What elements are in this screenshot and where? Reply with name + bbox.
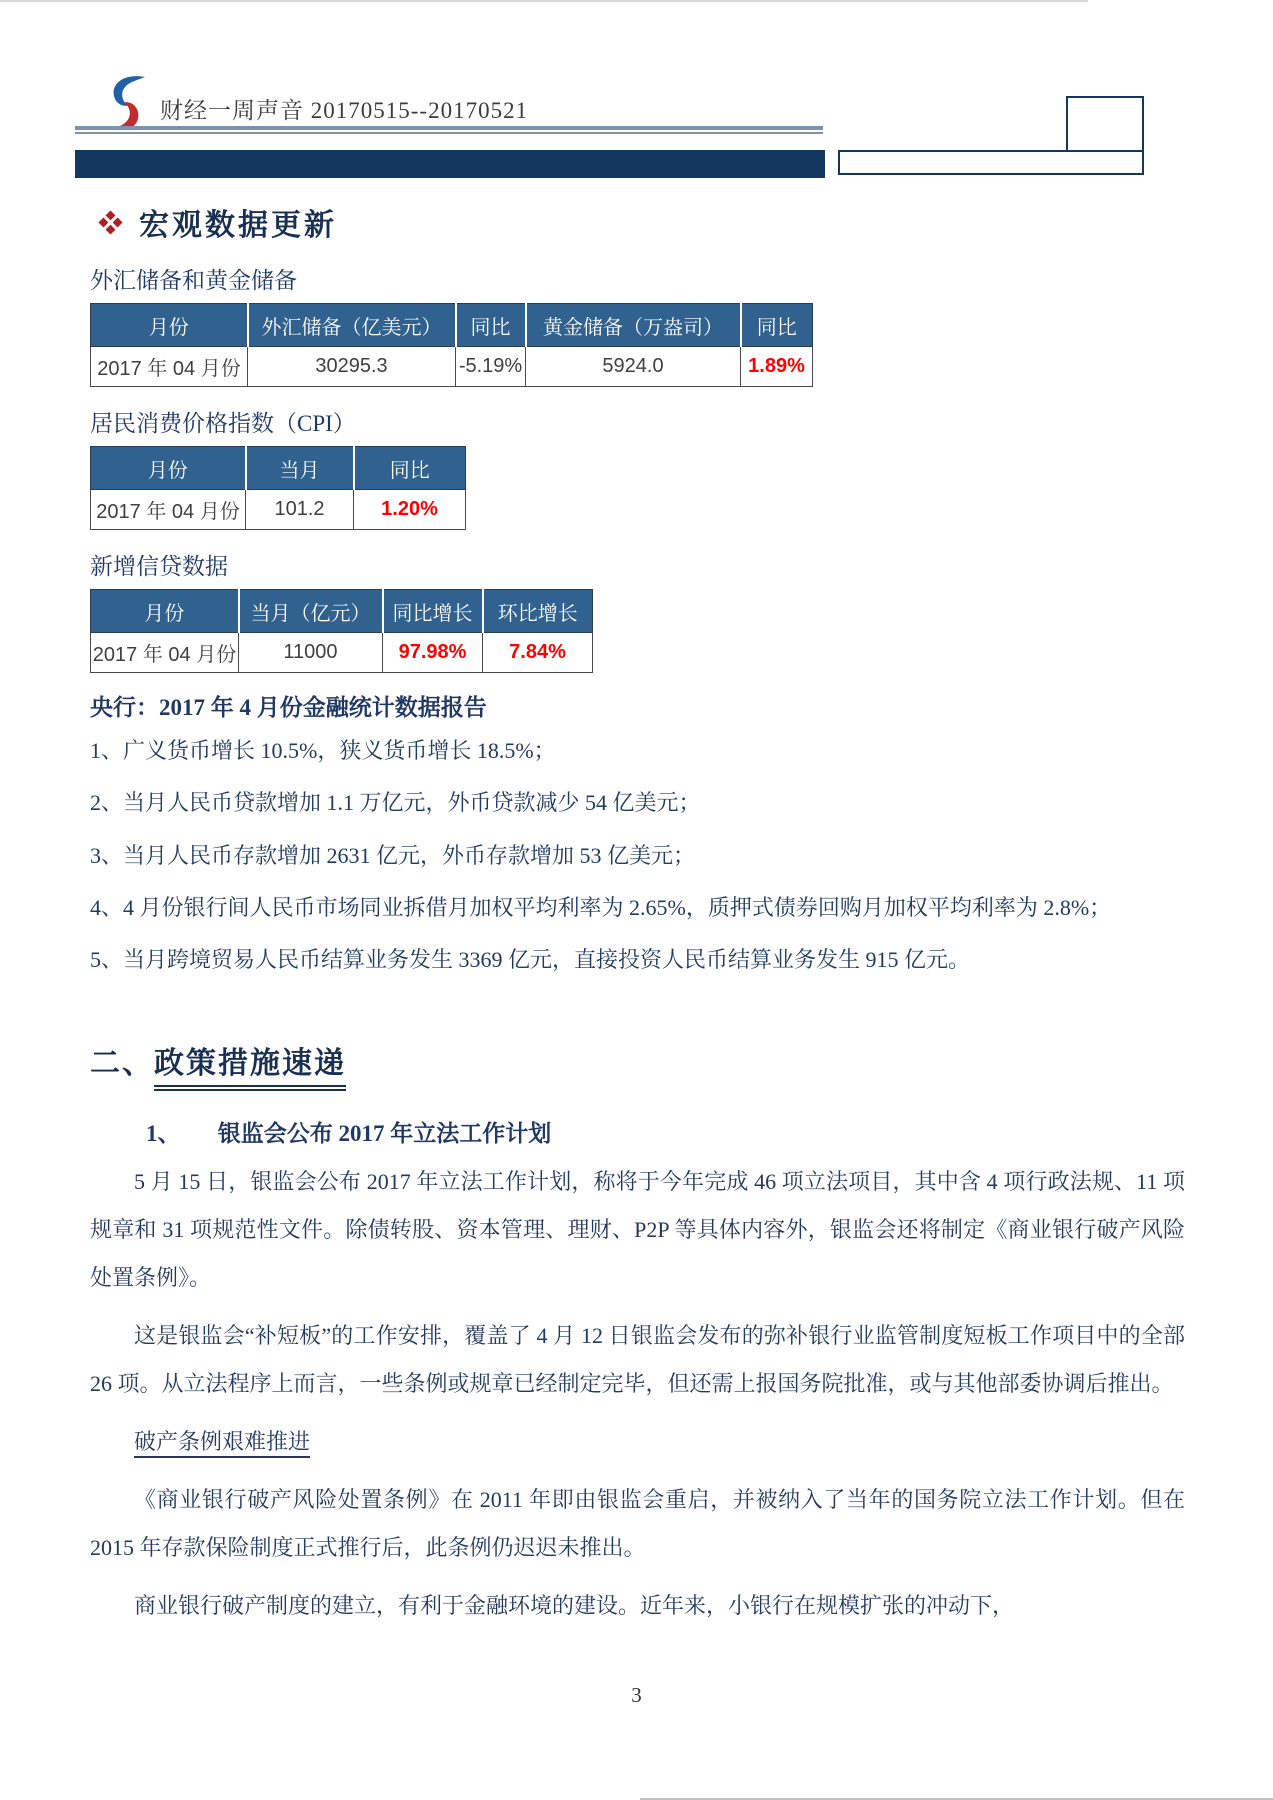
header-navy-bar [75, 150, 825, 178]
policy-paragraph-4: 商业银行破产制度的建立，有利于金融环境的建设。近年来，小银行在规模扩张的冲动下， [90, 1582, 1185, 1630]
column-header-yoy-growth: 同比增长 [383, 590, 483, 633]
credit-table-row: 2017 年 04 月份 11000 97.98% 7.84% [91, 633, 593, 673]
fx-gold-table-row: 2017 年 04 月份 30295.3 -5.19% 5924.0 1.89% [91, 347, 813, 387]
policy-paragraph-2: 这是银监会“补短板”的工作安排，覆盖了 4 月 12 日银监会发布的弥补银行业监… [90, 1312, 1185, 1408]
credit-table-header-row: 月份 当月（亿元） 同比增长 环比增长 [91, 590, 593, 633]
policy-subhead-text: 破产条例艰难推进 [134, 1429, 310, 1458]
column-header-fx-reserve: 外汇储备（亿美元） [248, 304, 456, 347]
cpi-table-caption: 居民消费价格指数（CPI） [90, 405, 1185, 438]
fx-gold-table: 月份 外汇储备（亿美元） 同比 黄金储备（万盎司） 同比 2017 年 04 月… [90, 303, 813, 387]
pboc-report-title: 央行：2017 年 4 月份金融统计数据报告 [90, 689, 1185, 722]
header-double-rule [75, 126, 823, 134]
report-item-1: 1、广义货币增长 10.5%，狭义货币增长 18.5%； [90, 727, 1185, 774]
document-page: 财经一周声音 20170515--20170521 宏观数据更新 外汇储备和黄金… [0, 0, 1273, 1800]
cell-cpi-yoy: 1.20% [354, 490, 466, 530]
section-macro-heading: 宏观数据更新 [102, 200, 1185, 244]
column-header-mom-growth: 环比增长 [483, 590, 593, 633]
policy-item1-heading: 1、 银监会公布 2017 年立法工作计划 [146, 1115, 1185, 1148]
policy-subhead: 破产条例艰难推进 [90, 1418, 1185, 1466]
decorative-outline-box-wide [838, 150, 1144, 175]
report-item-5: 5、当月跨境贸易人民币结算业务发生 3369 亿元，直接投资人民币结算业务发生 … [90, 936, 1185, 983]
cell-month: 2017 年 04 月份 [91, 633, 239, 673]
column-header-current-month: 当月 [246, 447, 354, 490]
column-header-yoy2: 同比 [741, 304, 813, 347]
column-header-yoy: 同比 [354, 447, 466, 490]
s-swoosh-logo-icon [103, 74, 149, 134]
column-header-gold-reserve: 黄金储备（万盎司） [526, 304, 741, 347]
credit-table: 月份 当月（亿元） 同比增长 环比增长 2017 年 04 月份 11000 9… [90, 589, 593, 673]
column-header-month: 月份 [91, 447, 246, 490]
cell-month: 2017 年 04 月份 [91, 347, 248, 387]
section-policy-heading: 二、 政策措施速递 [90, 1038, 1185, 1091]
cell-gold-yoy: 1.89% [741, 347, 813, 387]
credit-table-caption: 新增信贷数据 [90, 548, 1185, 581]
policy-item1-number: 1、 [146, 1115, 212, 1148]
fx-gold-table-header-row: 月份 外汇储备（亿美元） 同比 黄金储备（万盎司） 同比 [91, 304, 813, 347]
cell-credit-mom: 7.84% [483, 633, 593, 673]
policy-paragraph-3: 《商业银行破产风险处置条例》在 2011 年即由银监会重启，并被纳入了当年的国务… [90, 1476, 1185, 1572]
section-policy-number: 二、 [90, 1038, 154, 1082]
report-item-2: 2、当月人民币贷款增加 1.1 万亿元，外币贷款减少 54 亿美元； [90, 779, 1185, 826]
cell-month: 2017 年 04 月份 [91, 490, 246, 530]
cell-credit-amount: 11000 [239, 633, 383, 673]
cell-fx-reserve: 30295.3 [248, 347, 456, 387]
header-title: 财经一周声音 20170515--20170521 [160, 92, 528, 125]
report-item-4: 4、4 月份银行间人民币市场同业拆借月加权平均利率为 2.65%，质押式债券回购… [90, 884, 1185, 931]
section-macro-title: 宏观数据更新 [139, 200, 337, 244]
document-body: 宏观数据更新 外汇储备和黄金储备 月份 外汇储备（亿美元） 同比 黄金储备（万盎… [0, 178, 1273, 1630]
column-header-yoy: 同比 [456, 304, 526, 347]
column-header-month: 月份 [91, 590, 239, 633]
fx-gold-table-caption: 外汇储备和黄金储备 [90, 262, 1185, 295]
page-number: 3 [0, 1683, 1273, 1708]
column-header-current-month-amount: 当月（亿元） [239, 590, 383, 633]
policy-paragraph-1: 5 月 15 日，银监会公布 2017 年立法工作计划，称将于今年完成 46 项… [90, 1158, 1185, 1302]
diamond-cluster-icon [98, 210, 122, 234]
cpi-table: 月份 当月 同比 2017 年 04 月份 101.2 1.20% [90, 446, 466, 530]
cpi-table-header-row: 月份 当月 同比 [91, 447, 466, 490]
section-policy-title: 政策措施速递 [154, 1038, 346, 1091]
report-item-3: 3、当月人民币存款增加 2631 亿元，外币存款增加 53 亿美元； [90, 832, 1185, 879]
cell-fx-yoy: -5.19% [456, 347, 526, 387]
cell-gold-reserve: 5924.0 [526, 347, 741, 387]
column-header-month: 月份 [91, 304, 248, 347]
policy-item1-title: 银监会公布 2017 年立法工作计划 [218, 1121, 552, 1146]
decorative-outline-box-top [1066, 96, 1144, 153]
page-top-edge [0, 0, 1088, 2]
cell-credit-yoy: 97.98% [383, 633, 483, 673]
cell-cpi-value: 101.2 [246, 490, 354, 530]
cpi-table-row: 2017 年 04 月份 101.2 1.20% [91, 490, 466, 530]
